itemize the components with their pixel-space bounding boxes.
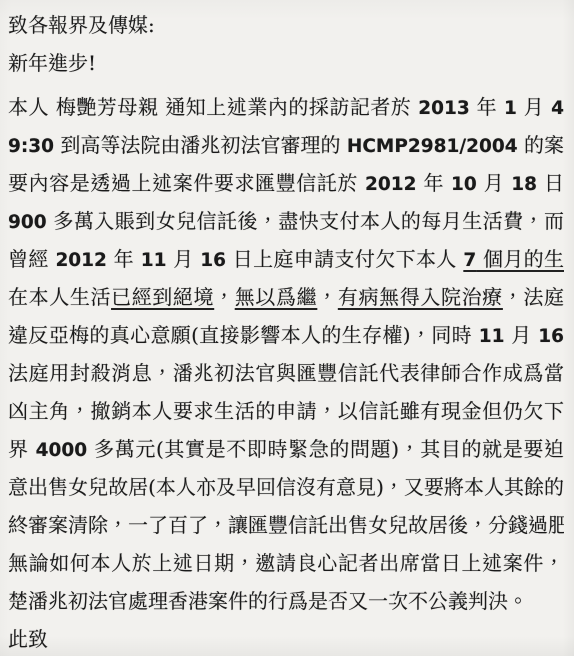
greeting-line: 新年進步! [8, 44, 564, 82]
body-line: 法庭用封殺消息，潘兆初法官與匯豐信託代表律師合作成爲當日幫 [8, 354, 564, 392]
text-segment: 日上庭申請支付欠下本人 [226, 247, 463, 271]
text-segment: HCMP2981/2004 [347, 136, 518, 157]
body-line: 凶主角，撤銷本人要求生活的申請，以信託雖有現金但仍欠下各業 [8, 392, 564, 430]
text-segment: 本人 梅艷芳母親 通知上述業內的採訪記者於 [8, 95, 418, 119]
text-segment: ， [214, 285, 235, 309]
text-segment: 900 [8, 212, 47, 233]
text-segment: 2012 [55, 250, 107, 271]
letter-body: 本人 梅艷芳母親 通知上述業內的採訪記者於 2013 年 1 月 4 日上午9:… [8, 88, 564, 620]
text-segment: 凶主角，撤銷本人要求生活的申請，以信託雖有現金但仍欠下各業 [8, 399, 564, 430]
text-segment: 10 [451, 174, 477, 195]
body-line: 900 多萬入賬到女兒信託後，盡快支付本人的每月生活費，而本人 [8, 202, 564, 240]
text-segment: 9:30 [8, 136, 54, 157]
text-segment: ， [317, 285, 338, 309]
body-line: 界 4000 多萬元(其實是不即時緊急的問題)，其目的就是要迫本人同 [8, 430, 564, 468]
text-segment: 11 [479, 326, 505, 347]
body-line: 在本人生活已經到絕境，無以爲繼，有病無得入院治療，法庭完全 [8, 278, 564, 316]
text-segment: 已經到絕境 [111, 285, 214, 309]
text-segment: 11 [141, 250, 167, 271]
text-segment: 有病無得入院治療 [338, 285, 503, 309]
text-segment: 1 [504, 98, 517, 119]
text-segment: 4 [551, 98, 564, 119]
text-segment: 7 [463, 250, 476, 271]
text-segment: 違反亞梅的真心意願(直接影響本人的生存權)，同時 [8, 323, 479, 347]
body-line: 無論如何本人於上述日期，邀請良心記者出席當日上述案件，看清 [8, 544, 564, 582]
text-segment: 多萬元(其實是不即時緊急的問題)，其目的就是要迫本人同 [8, 437, 564, 468]
text-segment: 在本人生活 [8, 285, 111, 309]
text-segment: 月 [166, 247, 200, 271]
text-segment: 楚潘兆初法官處理香港案件的行爲是否又一次不公義判決。 [8, 589, 528, 613]
body-line: 9:30 到高等法院由潘兆初法官審理的 HCMP2981/2004 的案件，其主 [8, 126, 564, 164]
body-line: 終審案清除，一了百了，讓匯豐信託出售女兒故居後，分錢過肥年..... [8, 506, 564, 544]
salutation-line: 致各報界及傳媒: [8, 6, 564, 44]
scanned-letter-page: 致各報界及傳媒: 新年進步! 本人 梅艷芳母親 通知上述業內的採訪記者於 201… [0, 0, 574, 656]
text-segment: 4000 [36, 440, 88, 461]
body-line: 本人 梅艷芳母親 通知上述業內的採訪記者於 2013 年 1 月 4 日上午 [8, 88, 564, 126]
text-segment: 終審案清除，一了百了，讓匯豐信託出售女兒故居後，分錢過肥年..... [8, 513, 564, 537]
closing-line: 此致 [8, 620, 564, 656]
text-segment: 18 [511, 174, 537, 195]
body-line: 曾經 2012 年 11 月 16 日上庭申請支付欠下本人 7 個月的生活費，現 [8, 240, 564, 278]
text-segment: 無以爲繼 [235, 285, 317, 309]
text-segment: 年 [107, 247, 141, 271]
body-line: 違反亞梅的真心意願(直接影響本人的生存權)，同時 11 月 16 日當日 [8, 316, 564, 354]
text-segment: 年 [470, 95, 504, 119]
text-segment: 界 [8, 437, 36, 461]
text-segment: 無論如何本人於上述日期，邀請良心記者出席當日上述案件，看清 [8, 551, 564, 582]
text-segment: 16 [538, 326, 564, 347]
text-segment: 意出售女兒故居(本人亦及早回信沒有意見)，又要將本人其餘的上訴 [8, 475, 564, 506]
text-segment: 要內容是透過上述案件要求匯豐信託於 [8, 171, 365, 195]
text-segment: 月 [504, 323, 538, 347]
text-segment: 月 [517, 95, 551, 119]
text-segment: 年 [417, 171, 452, 195]
text-segment: 到高等法院由潘兆初法官審理的 [54, 133, 347, 157]
text-segment: 多萬入賬到女兒信託後，盡快支付本人的每月生活費，而本人 [8, 209, 564, 240]
body-line: 要內容是透過上述案件要求匯豐信託於 2012 年 10 月 18 日收現金 [8, 164, 564, 202]
text-segment: 16 [200, 250, 226, 271]
body-line: 楚潘兆初法官處理香港案件的行爲是否又一次不公義判決。 [8, 582, 564, 620]
text-segment: 曾經 [8, 247, 55, 271]
text-segment: 2013 [418, 98, 470, 119]
text-segment: 月 [477, 171, 512, 195]
text-segment: 法庭用封殺消息，潘兆初法官與匯豐信託代表律師合作成爲當日幫 [8, 361, 564, 392]
body-line: 意出售女兒故居(本人亦及早回信沒有意見)，又要將本人其餘的上訴 [8, 468, 564, 506]
text-segment: 2012 [365, 174, 417, 195]
